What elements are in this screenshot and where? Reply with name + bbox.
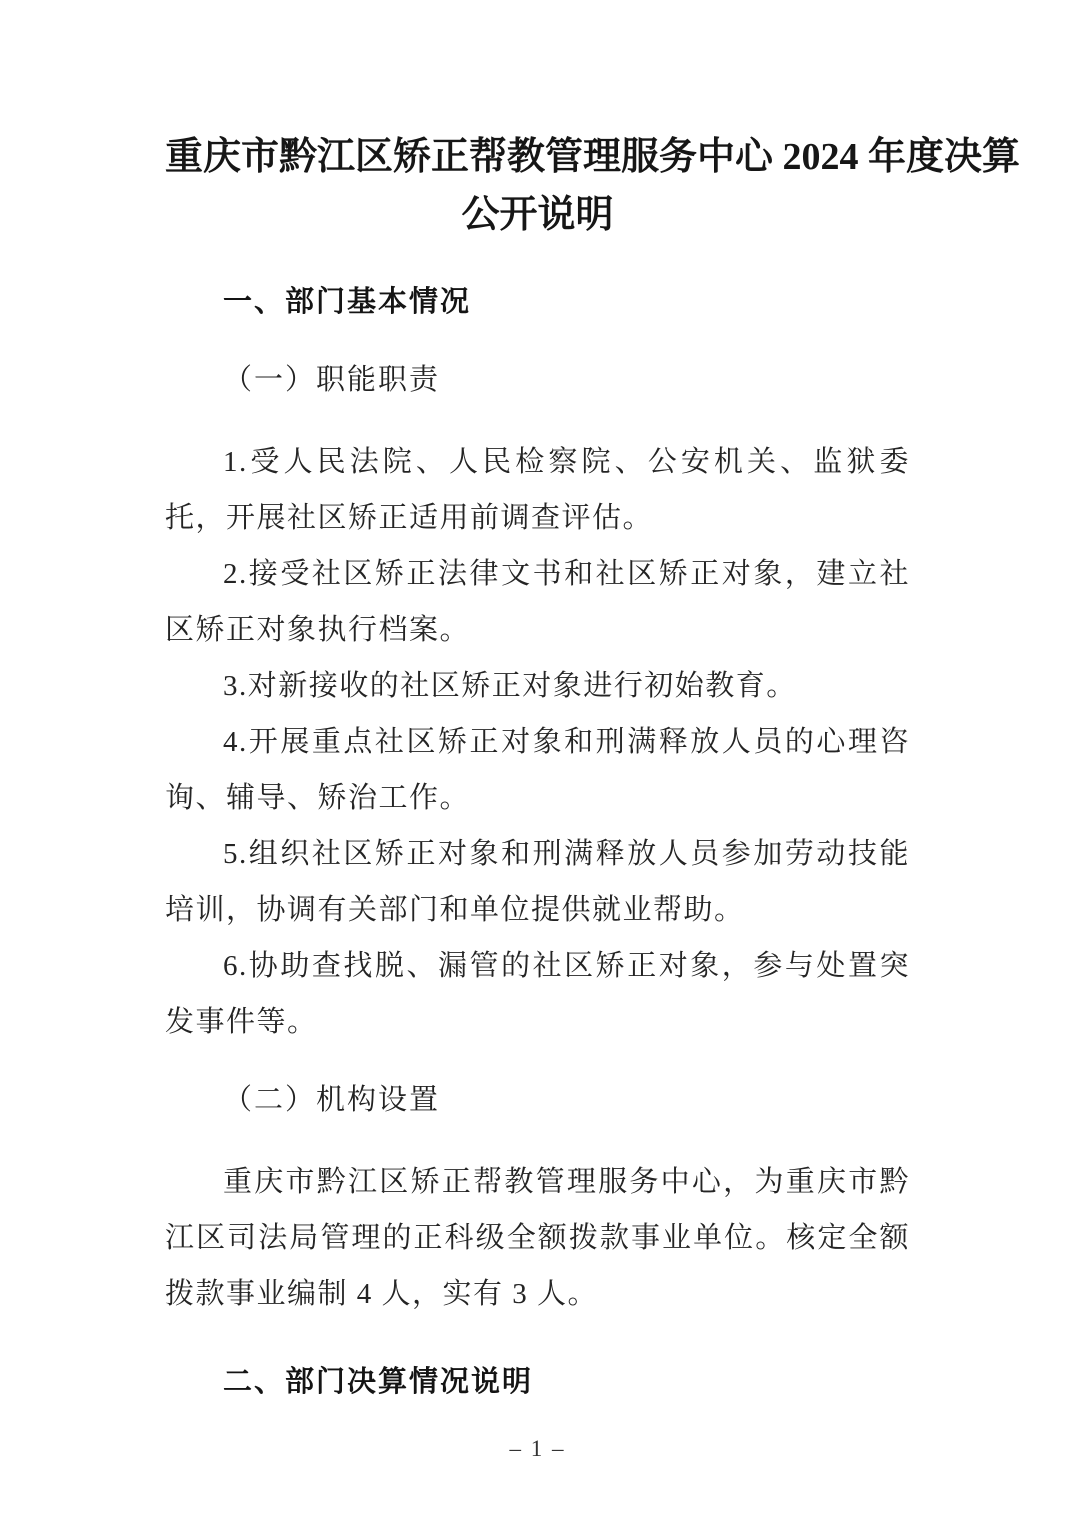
subsection-heading-1-2: （二）机构设置 (165, 1072, 910, 1128)
body-paragraph-4: 4.开展重点社区矫正对象和刑满释放人员的心理咨询、辅导、矫治工作。 (165, 714, 910, 826)
body-paragraph-5: 5.组织社区矫正对象和刑满释放人员参加劳动技能培训，协调有关部门和单位提供就业帮… (165, 826, 910, 938)
body-paragraph-2: 2.接受社区矫正法律文书和社区矫正对象，建立社区矫正对象执行档案。 (165, 546, 910, 658)
document-page: 重庆市黔江区矫正帮教管理服务中心 2024 年度决算 公开说明 一、部门基本情况… (0, 0, 1075, 1520)
document-title-line-2: 公开说明 (165, 186, 910, 244)
subsection-heading-1-1: （一）职能职责 (165, 352, 910, 408)
document-title: 重庆市黔江区矫正帮教管理服务中心 2024 年度决算 公开说明 (165, 128, 910, 244)
body-paragraph-1: 1.受人民法院、人民检察院、公安机关、监狱委托，开展社区矫正适用前调查评估。 (165, 434, 910, 546)
section-heading-2: 二、部门决算情况说明 (165, 1354, 910, 1410)
body-paragraph-7: 重庆市黔江区矫正帮教管理服务中心，为重庆市黔江区司法局管理的正科级全额拨款事业单… (165, 1154, 910, 1322)
body-paragraph-6: 6.协助查找脱、漏管的社区矫正对象，参与处置突发事件等。 (165, 938, 910, 1050)
page-number: – 1 – (0, 1436, 1075, 1462)
document-title-line-1: 重庆市黔江区矫正帮教管理服务中心 2024 年度决算 (165, 128, 910, 186)
body-paragraph-3: 3.对新接收的社区矫正对象进行初始教育。 (165, 658, 910, 714)
section-heading-1: 一、部门基本情况 (165, 274, 910, 330)
